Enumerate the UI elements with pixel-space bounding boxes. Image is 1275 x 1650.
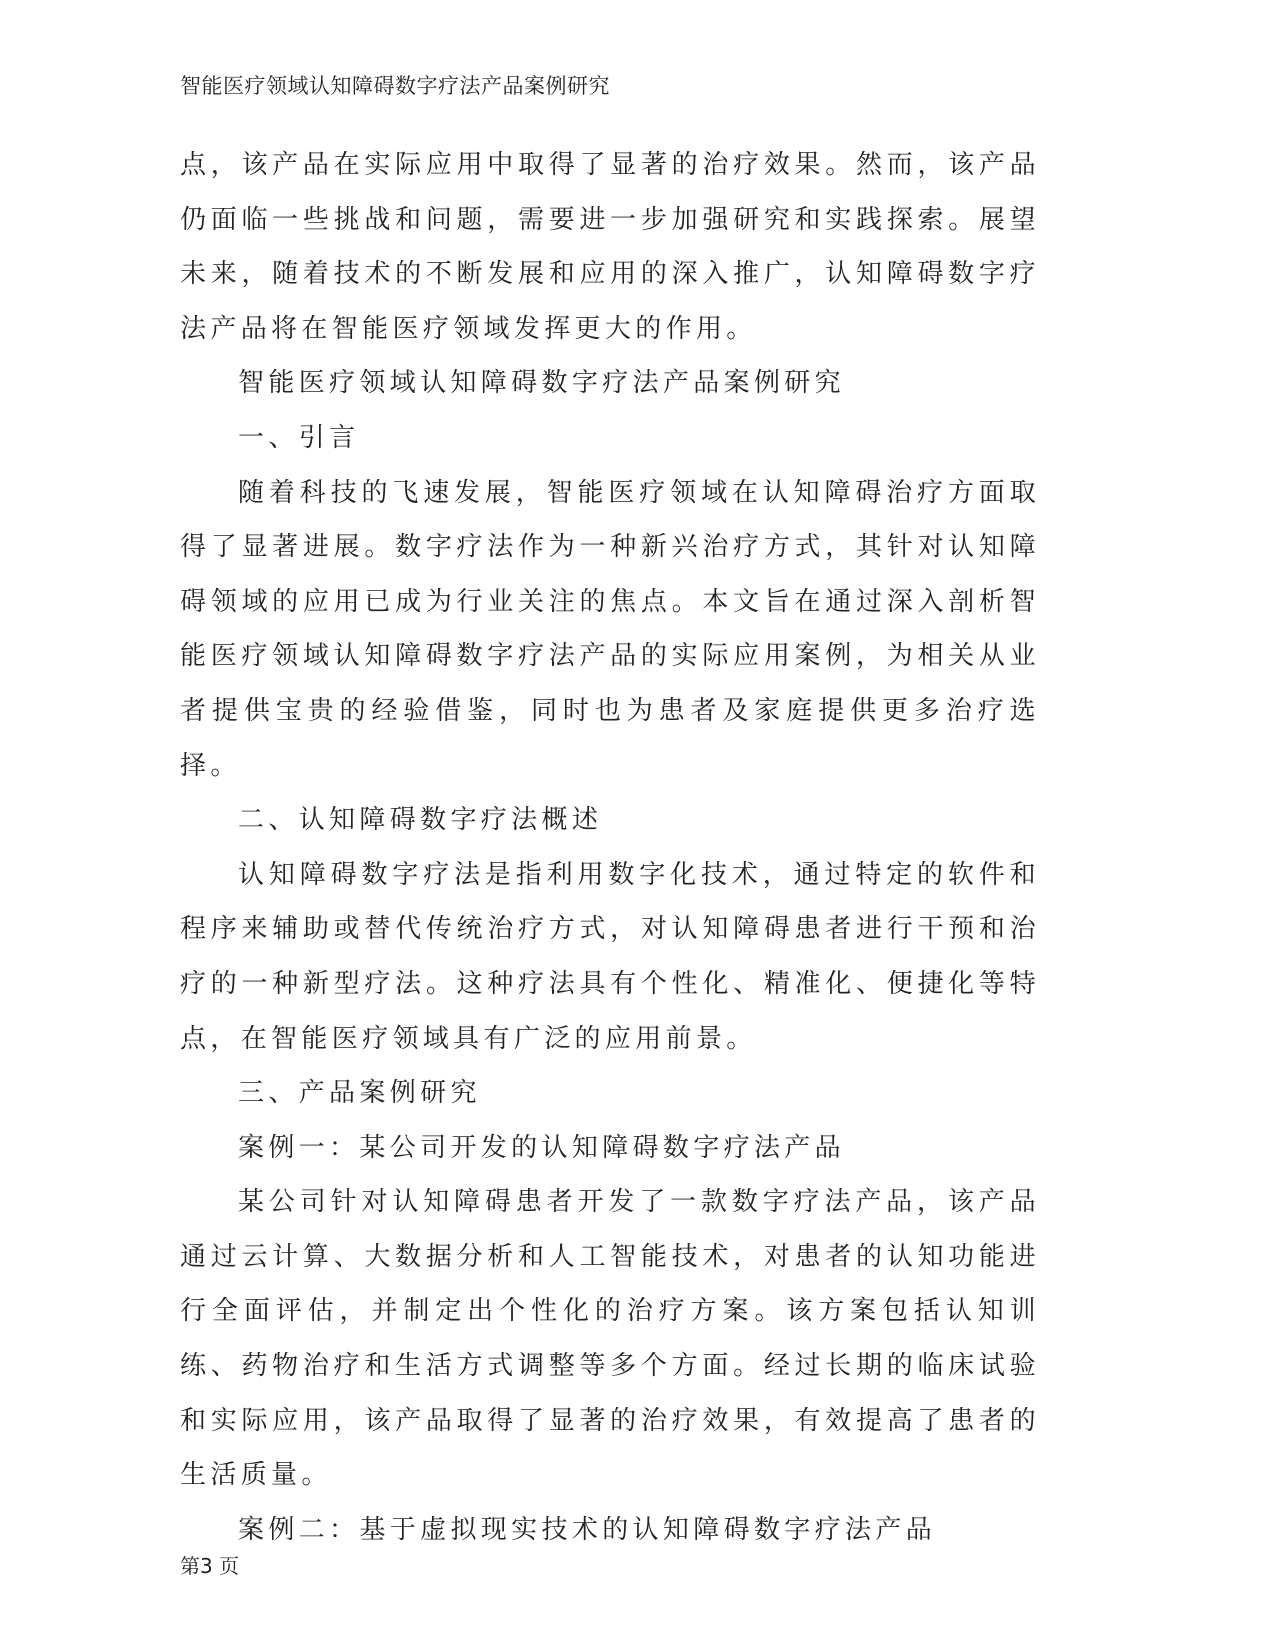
document-title: 智能医疗领域认知障碍数字疗法产品案例研究 [180, 356, 1040, 411]
subheading-case-two: 案例二：基于虚拟现实技术的认知障碍数字疗法产品 [180, 1503, 1040, 1558]
section-heading-introduction: 一、引言 [180, 411, 1040, 466]
page-number: 第3 页 [180, 1550, 239, 1579]
subheading-case-one: 案例一：某公司开发的认知障碍数字疗法产品 [180, 1121, 1040, 1176]
running-header: 智能医疗领域认知障碍数字疗法产品案例研究 [180, 70, 610, 100]
document-body: 点，该产品在实际应用中取得了显著的治疗效果。然而，该产品仍面临一些挑战和问题，需… [180, 138, 1040, 1557]
paragraph-case-one: 某公司针对认知障碍患者开发了一款数字疗法产品，该产品通过云计算、大数据分析和人工… [180, 1175, 1040, 1503]
section-heading-case-studies: 三、产品案例研究 [180, 1066, 1040, 1121]
paragraph-continuation: 点，该产品在实际应用中取得了显著的治疗效果。然而，该产品仍面临一些挑战和问题，需… [180, 138, 1040, 356]
paragraph-introduction: 随着科技的飞速发展，智能医疗领域在认知障碍治疗方面取得了显著进展。数字疗法作为一… [180, 466, 1040, 794]
section-heading-overview: 二、认知障碍数字疗法概述 [180, 793, 1040, 848]
paragraph-overview: 认知障碍数字疗法是指利用数字化技术，通过特定的软件和程序来辅助或替代传统治疗方式… [180, 848, 1040, 1066]
